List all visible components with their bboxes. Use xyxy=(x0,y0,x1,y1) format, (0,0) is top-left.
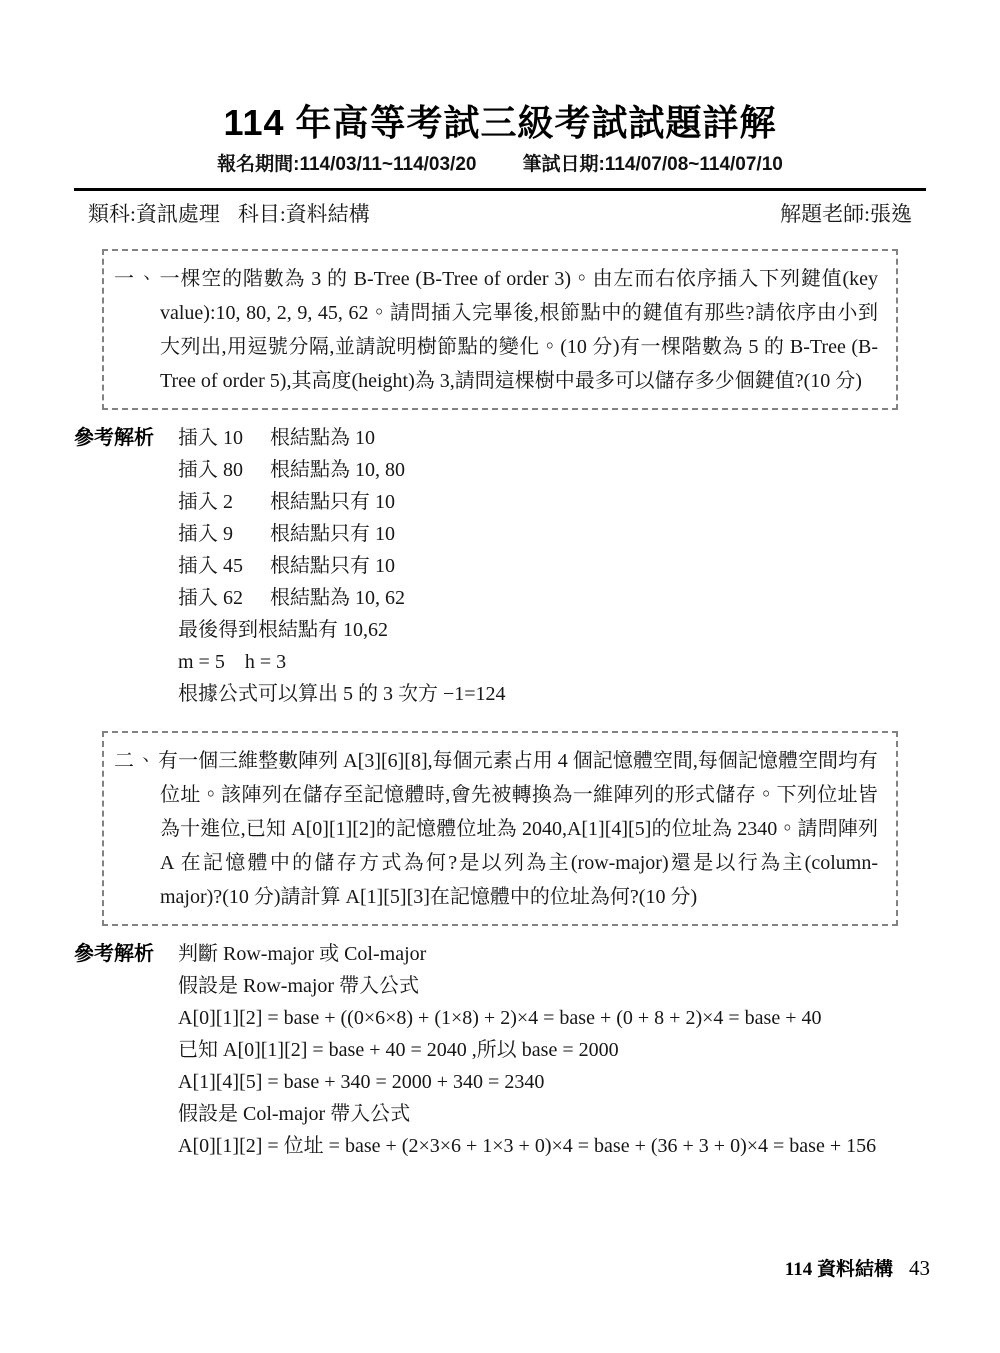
insert-action: 插入 10 xyxy=(178,422,270,454)
page-title: 114 年高等考試三級考試試題詳解 xyxy=(0,0,1000,146)
question-2-number: 二、 xyxy=(114,750,158,772)
question-1-number: 一、 xyxy=(114,268,160,290)
solution-section-1: 參考解析 插入 10 根結點為 10 插入 80 根結點為 10, 80 插入 … xyxy=(74,422,926,710)
solution-step-row: 插入 10 根結點為 10 xyxy=(178,422,926,454)
solution-2-body: 判斷 Row-major 或 Col-major 假設是 Row-major 帶… xyxy=(178,938,926,1162)
teacher-label: 解題老師:張逸 xyxy=(780,202,912,226)
question-2-text: 有一個三維整數陣列 A[3][6][8],每個元素占用 4 個記憶體空間,每個記… xyxy=(158,750,878,908)
solution-line: 已知 A[0][1][2] = base + 40 = 2040 ,所以 bas… xyxy=(178,1034,926,1066)
page-footer: 114 資料結構 43 xyxy=(785,1254,930,1281)
meta-left: 類科:資訊處理科目:資料結構 xyxy=(88,200,370,228)
category-label: 類科:資訊處理 xyxy=(88,202,220,226)
solution-line: A[0][1][2] = base + ((0×6×8) + (1×8) + 2… xyxy=(178,1002,926,1034)
book-label: 114 資料結構 xyxy=(785,1254,893,1281)
solution-line: m = 5 h = 3 xyxy=(178,646,926,678)
solution-line: 假設是 Row-major 帶入公式 xyxy=(178,970,926,1002)
insert-action: 插入 9 xyxy=(178,518,270,550)
solution-2-label: 參考解析 xyxy=(74,938,178,970)
solution-line: A[1][4][5] = base + 340 = 2000 + 340 = 2… xyxy=(178,1066,926,1098)
solution-line: 最後得到根結點有 10,62 xyxy=(178,614,926,646)
question-1-paragraph: 一、一棵空的階數為 3 的 B-Tree (B-Tree of order 3)… xyxy=(114,262,878,398)
solution-line: 判斷 Row-major 或 Col-major xyxy=(178,938,926,970)
insert-action: 插入 45 xyxy=(178,550,270,582)
solution-section-2: 參考解析 判斷 Row-major 或 Col-major 假設是 Row-ma… xyxy=(74,938,926,1162)
solution-step-row: 插入 62 根結點為 10, 62 xyxy=(178,582,926,614)
solution-1-body: 插入 10 根結點為 10 插入 80 根結點為 10, 80 插入 2 根結點… xyxy=(178,422,926,710)
exam-dates-line: 報名期間:114/03/11~114/03/20筆試日期:114/07/08~1… xyxy=(0,152,1000,178)
insert-action: 插入 62 xyxy=(178,582,270,614)
registration-period: 報名期間:114/03/11~114/03/20 xyxy=(217,154,476,175)
solution-line: 根據公式可以算出 5 的 3 次方 −1=124 xyxy=(178,678,926,710)
exam-date: 筆試日期:114/07/08~114/07/10 xyxy=(522,154,782,175)
insert-result: 根結點為 10 xyxy=(270,422,926,454)
solution-line: A[0][1][2] = 位址 = base + (2×3×6 + 1×3 + … xyxy=(178,1130,926,1162)
exam-solution-page: 114 年高等考試三級考試試題詳解 報名期間:114/03/11~114/03/… xyxy=(0,0,1000,1353)
insert-result: 根結點為 10, 80 xyxy=(270,454,926,486)
solution-step-row: 插入 45 根結點只有 10 xyxy=(178,550,926,582)
meta-right: 解題老師:張逸 xyxy=(780,200,912,228)
insert-result: 根結點只有 10 xyxy=(270,550,926,582)
header-divider-rule xyxy=(74,188,926,191)
insert-result: 根結點只有 10 xyxy=(270,486,926,518)
subject-label: 科目:資料結構 xyxy=(238,202,370,226)
solution-step-row: 插入 9 根結點只有 10 xyxy=(178,518,926,550)
solution-line: 假設是 Col-major 帶入公式 xyxy=(178,1098,926,1130)
insert-result: 根結點為 10, 62 xyxy=(270,582,926,614)
solution-step-row: 插入 2 根結點只有 10 xyxy=(178,486,926,518)
question-box-1: 一、一棵空的階數為 3 的 B-Tree (B-Tree of order 3)… xyxy=(102,249,898,410)
insert-result: 根結點只有 10 xyxy=(270,518,926,550)
question-1-text: 一棵空的階數為 3 的 B-Tree (B-Tree of order 3)。由… xyxy=(160,268,878,392)
solution-1-label: 參考解析 xyxy=(74,422,178,454)
page-number: 43 xyxy=(909,1256,930,1281)
question-2-paragraph: 二、有一個三維整數陣列 A[3][6][8],每個元素占用 4 個記憶體空間,每… xyxy=(114,744,878,914)
question-box-2: 二、有一個三維整數陣列 A[3][6][8],每個元素占用 4 個記憶體空間,每… xyxy=(102,731,898,926)
solution-step-row: 插入 80 根結點為 10, 80 xyxy=(178,454,926,486)
insert-action: 插入 80 xyxy=(178,454,270,486)
meta-row: 類科:資訊處理科目:資料結構 解題老師:張逸 xyxy=(88,200,912,228)
insert-action: 插入 2 xyxy=(178,486,270,518)
